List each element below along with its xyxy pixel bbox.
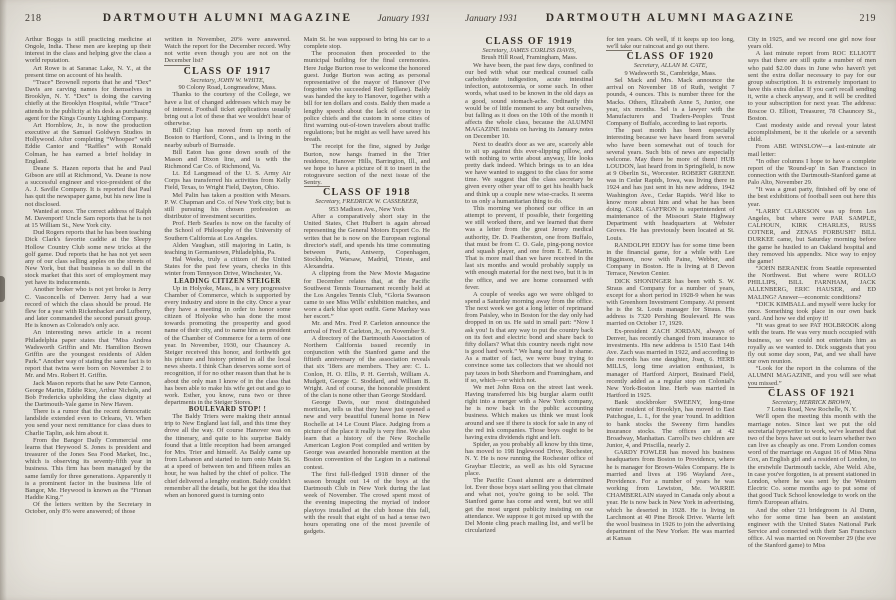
class-heading: CLASS OF 1919 — [465, 36, 593, 47]
paragraph: Ex-president ZACH JORDAN, always of Denv… — [606, 328, 734, 400]
paragraph: Dud Rogers reports that he has been teac… — [25, 229, 151, 286]
text-column: written in November, 20% were answered. … — [164, 36, 290, 598]
magazine-title: DARTMOUTH ALUMNI MAGAZINE — [546, 12, 795, 24]
paragraph: Art Hornblow, Jr., is now the production… — [25, 122, 151, 165]
paragraph: A clipping from the New Movie Magazine f… — [304, 270, 430, 320]
issue-date: January 1931 — [352, 14, 430, 24]
text-column: Arthur Boggs is still practicing medicin… — [25, 36, 151, 598]
paragraph: Another broker who is not yet broke is J… — [25, 286, 151, 329]
secretary-address: Brush Hill Road, Framingham, Mass. — [465, 54, 593, 61]
text-column: Main St. he was supposed to bring his ca… — [304, 36, 430, 598]
paragraph: An interesting news article in a recent … — [25, 329, 151, 379]
paragraph: Next to death's door as we are, scarcely… — [465, 141, 593, 205]
paragraph: A last minute report from ROC ELLIOTT sa… — [748, 50, 876, 122]
paragraph: There is a rumor that the recent democra… — [25, 408, 151, 437]
paragraph: We met John Ross on the street last week… — [465, 384, 593, 441]
paragraph: George Davis, our most distinguished mor… — [304, 399, 430, 471]
paragraph: A couple of weeks ago we were obliged to… — [465, 291, 593, 384]
paragraph: for ten years. Oh well, if it keeps up t… — [606, 36, 734, 50]
paragraph: From ABE WINSLOW—a last-minute air mail … — [748, 143, 876, 157]
paragraph: Deane S. Hazen reports that he and Paul … — [25, 165, 151, 208]
paragraph: Sel Mack and Mrs. Mack announce the arri… — [606, 77, 734, 127]
paragraph: Mel Palin has taken a position with Mess… — [164, 192, 290, 221]
paragraph: Prof. Herb Searles is now on the faculty… — [164, 220, 290, 241]
paragraph: The Pacific Coast alumni are a determine… — [465, 477, 593, 534]
page-219: January 1931 DARTMOUTH ALUMNI MAGAZINE 2… — [448, 0, 896, 600]
secretary-address: 9 Wadsworth St., Cambridge, Mass. — [606, 70, 734, 77]
paragraph: Bank stockbroker SWEENY, long-time winte… — [606, 399, 734, 449]
paragraph: From the Bangor Daily Commercial one lea… — [25, 437, 151, 501]
class-heading: CLASS OF 1921 — [748, 388, 876, 399]
paragraph: This morning we phoned our office in an … — [465, 205, 593, 291]
paragraph: And the other '21 bridegroom is Al Dunn,… — [748, 507, 876, 550]
section-subheading: BOULEVARD STOP! ! — [164, 406, 290, 413]
paragraph: The receipt for the fine, signed by Judg… — [304, 143, 430, 186]
paragraph: Bill Crisp has moved from up north of Bo… — [164, 127, 290, 148]
paragraph: Main St. he was supposed to bring his ca… — [304, 36, 430, 50]
secretary-line: Secretary, JAMES CORLISS DAVIS, — [465, 47, 593, 54]
paragraph: Bill Eaton has gone down south of the Ma… — [164, 149, 290, 170]
paragraph: “Look for the report in the columns of t… — [748, 365, 876, 386]
issue-date: January 1931 — [465, 14, 546, 24]
text-columns: Arthur Boggs is still practicing medicin… — [25, 36, 430, 598]
running-head: January 1931 DARTMOUTH ALUMNI MAGAZINE 2… — [465, 12, 876, 27]
paragraph: A directory of the Dartmouth Association… — [304, 335, 430, 399]
paragraph: “Trace” Brownell reports that he and “De… — [25, 79, 151, 122]
secretary-line: Secretary, HERRICK BROWN, — [748, 399, 876, 406]
text-column: City in 1925, and we record one girl now… — [748, 36, 876, 598]
paragraph: Art Rowe is at Saranac Lake, N. Y., at t… — [25, 65, 151, 79]
paragraph: Hal Weeks, truly a citizen of the United… — [164, 256, 290, 277]
paragraph: “It was great to see PAT HOLBROOK along … — [748, 322, 876, 365]
paragraph: The first full-fledged 1918 dinner of th… — [304, 471, 430, 535]
page-number: 219 — [795, 13, 876, 24]
paragraph: Jack Mason reports that he saw Pete Cann… — [25, 380, 151, 409]
paragraph: Lt. Ed Langmead of the U. S. Army Air Co… — [164, 170, 290, 191]
paragraph: Arthur Boggs is still practicing medicin… — [25, 36, 151, 65]
page-number: 218 — [25, 13, 103, 24]
paragraph: We have been, the past few days, confine… — [465, 62, 593, 141]
paragraph: “It was a great party, finished off by o… — [748, 186, 876, 207]
secretary-address: 7 Lotus Road, New Rochelle, N. Y. — [748, 406, 876, 413]
text-column: for ten years. Oh well, if it keeps up t… — [606, 36, 734, 598]
paragraph: Spider, as you probably all know by this… — [465, 441, 593, 477]
text-columns: CLASS OF 1919Secretary, JAMES CORLISS DA… — [465, 36, 876, 598]
paragraph: Thanks to the courtesy of the College, w… — [164, 91, 290, 127]
paragraph: GARDY FOWLER has moved his business head… — [606, 449, 734, 542]
paragraph: Cast modesty aside and reveal your lates… — [748, 122, 876, 143]
paragraph: DICK SHONINGER has been with S. W. Strau… — [606, 278, 734, 328]
paragraph: Mr. and Mrs. Fred P. Carleton announce t… — [304, 320, 430, 334]
paragraph: The Baldy Triers were making their annua… — [164, 413, 290, 499]
paragraph: Wanted at once. The correct address of R… — [25, 208, 151, 229]
paragraph: “In other columns I hope to have a compl… — [748, 158, 876, 187]
running-head: 218 DARTMOUTH ALUMNI MAGAZINE January 19… — [25, 12, 430, 27]
secretary-address: 953 Madison Ave., New York — [304, 206, 430, 213]
page-218: 218 DARTMOUTH ALUMNI MAGAZINE January 19… — [0, 0, 448, 600]
magazine-title: DARTMOUTH ALUMNI MAGAZINE — [103, 12, 352, 24]
paragraph: City in 1925, and we record one girl now… — [748, 36, 876, 50]
paragraph: After a comparatively short stay in the … — [304, 213, 430, 270]
paragraph: written in November, 20% were answered. … — [164, 36, 290, 65]
class-heading: CLASS OF 1920 — [606, 51, 734, 62]
text-column: CLASS OF 1919Secretary, JAMES CORLISS DA… — [465, 36, 593, 598]
section-subheading: LEADING CITIZEN STEIGER — [164, 278, 290, 285]
paragraph: “DICK KIMBALL and myself were lucky for … — [748, 301, 876, 322]
class-heading: CLASS OF 1917 — [164, 66, 290, 77]
paragraph: Alden Vaughan, still majoring in Latin, … — [164, 242, 290, 256]
paragraph: The procession then proceeded to the mun… — [304, 50, 430, 143]
magazine-spread: 218 DARTMOUTH ALUMNI MAGAZINE January 19… — [0, 0, 896, 600]
paragraph: Up in Holyoke, Mass., is a very progress… — [164, 285, 290, 407]
paragraph: “JOHN BERANEK from Seattle represented t… — [748, 265, 876, 301]
secretary-line: Secretary, ALLAN M. CATE, — [606, 62, 734, 69]
paragraph: RANDOLPH EDDY has for some time been in … — [606, 242, 734, 278]
secretary-line: Secretary, JOHN W. WHITE, — [164, 77, 290, 84]
secretary-line: Secretary, FREDRICK W. CASSEBEER, — [304, 198, 430, 205]
paragraph: “LARRY CLARKSON was up from Los Angeles,… — [748, 208, 876, 265]
class-heading: CLASS OF 1918 — [304, 187, 430, 198]
paragraph: We'll open the meeting this month with t… — [748, 413, 876, 506]
paragraph: The past month has been especially inter… — [606, 127, 734, 242]
paragraph: Of the letters written by the Secretary … — [25, 501, 151, 515]
secretary-address: 90 Colony Road, Longmeadow, Mass. — [164, 84, 290, 91]
